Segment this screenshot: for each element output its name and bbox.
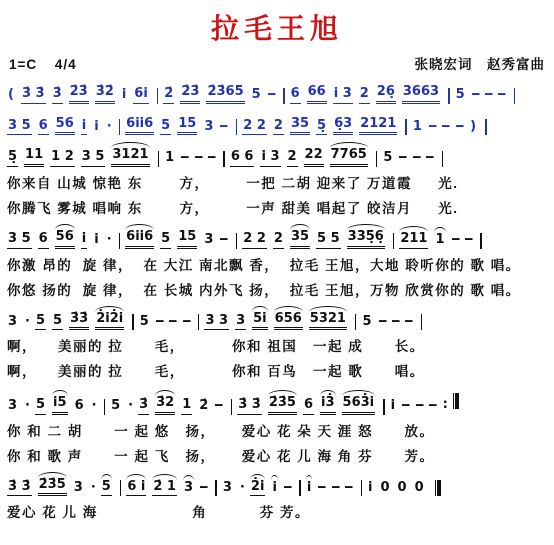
barline [405, 119, 407, 135]
note-group: 35 [290, 117, 310, 136]
note-group: 1 [164, 151, 175, 167]
credits: 张晓宏词 赵秀富曲 [415, 53, 546, 73]
music-system-coda-line: 3̇ 3̇2̇3̇53·56 i2̇ 13-3·2̇ii-i---i000爱心 … [7, 478, 547, 522]
note-group: 2̇3̇5 [268, 396, 297, 415]
augmentation-dot: · [106, 120, 113, 136]
lyric-line: 你腾飞 雾城 唱响 东 方， 一声 甜美 唱起了 皎洁月 光. [7, 197, 547, 217]
note-group: 1 2 [50, 150, 75, 167]
parenthesis: ( [7, 88, 15, 104]
note-group: 35 [290, 230, 310, 249]
notation-row: 3 5656ii·6ii65153-2 22355 5335̣6̣2111-- [7, 230, 547, 249]
key-time-signature: 1=C 4/4 [9, 57, 77, 72]
duration-dash: - [439, 120, 453, 136]
note-group: 3 3 [204, 314, 229, 331]
note-group: 563̇i [342, 396, 376, 415]
notation-row: 3̇ 3̇2̇3̇53·56 i2̇ 13-3·2̇ii-i---i000 [7, 478, 547, 497]
note-group: 0 [397, 481, 408, 497]
note-group: 6 [290, 87, 301, 104]
note-group: 5 [455, 88, 466, 104]
duration-dash: - [179, 315, 193, 331]
notation-row: 3 5656ii·6ii65153-2 22355̣6̣321211---) [7, 117, 547, 136]
note-group: 3̇ [138, 398, 149, 415]
duration-dash: - [375, 315, 389, 331]
duration-dash: - [205, 151, 219, 167]
barline [355, 314, 357, 330]
duration-dash: - [409, 151, 423, 167]
note-group: i [81, 119, 87, 136]
barline [119, 119, 121, 135]
barline [157, 88, 159, 104]
note-group: 5 [139, 315, 150, 331]
duration-dash: - [212, 399, 226, 415]
duration-dash: - [315, 481, 329, 497]
note-group: 6ii6 [125, 230, 154, 249]
augmentation-dot: · [106, 233, 113, 249]
music-system-chorus-line-1: 3·553̇3̇2̇i2̇i5---3 335i65653215---啊， 美丽… [7, 312, 547, 381]
sheet-music-page: 拉毛王旭 1=C 4/4 张晓宏词 赵秀富曲 (3̇ 3̇3̇2̇3̇3̇2̇i… [0, 0, 554, 545]
barline [223, 151, 225, 167]
augmentation-dot: · [127, 399, 134, 415]
note-group: 2 [273, 119, 284, 136]
note-group: 26̣ [376, 85, 396, 104]
note-group: 5 [110, 399, 121, 415]
duration-dash: - [396, 151, 410, 167]
lyric-line: 啊， 美丽的 拉 毛， 你和 百鸟 一起 歌 唱。 [7, 360, 547, 380]
barline [236, 119, 238, 135]
note-group: 22 [304, 148, 324, 167]
note-group: 656 [274, 312, 303, 331]
note-group: 2̇i [250, 480, 266, 497]
music-system-verse-line-2: 3 5656ii·6ii65153-2 22355 5335̣6̣2111--你… [7, 230, 547, 299]
notation-row: (3̇ 3̇3̇2̇3̇3̇2̇i6i2̇2̇3̇2̇3̇655-666i 32… [7, 85, 547, 104]
note-group: 5 5 [316, 232, 341, 249]
duration-dash: - [399, 399, 413, 415]
note-group: 2̇i2̇i [95, 312, 124, 331]
note-group: 2̇3̇ [180, 85, 200, 104]
note-group: 2̇ [163, 87, 174, 104]
note-group: i [93, 233, 99, 249]
song-title: 拉毛王旭 [7, 7, 547, 47]
note-group: 5321 [309, 312, 347, 331]
duration-dash: - [462, 233, 476, 249]
barline [383, 399, 385, 415]
note-group: 3 [7, 399, 18, 415]
note-group: 5 [52, 314, 63, 331]
note-group: 3 5 [7, 232, 32, 249]
barline [158, 151, 160, 167]
music-system-verse-line-1: 5̣111 23 531211---6 6i 322277655---你来自 山… [7, 148, 547, 217]
note-group: 6 [303, 398, 314, 415]
augmentation-dot: · [90, 481, 97, 497]
duration-dash: - [217, 120, 231, 136]
barline [198, 314, 200, 330]
final-barline [435, 480, 441, 496]
note-group: i 3 [260, 150, 280, 167]
score-body: (3̇ 3̇3̇2̇3̇3̇2̇i6i2̇2̇3̇2̇3̇655-666i 32… [7, 85, 547, 521]
duration-dash: - [191, 151, 205, 167]
note-group: 3̇3̇ [69, 312, 89, 331]
note-group: 3̇ [52, 87, 63, 104]
barline [421, 314, 423, 330]
note-group: i [306, 481, 312, 497]
note-group: 5 [35, 314, 46, 331]
duration-dash: - [281, 481, 295, 497]
augmentation-dot: · [24, 315, 31, 331]
note-group: 3 [222, 481, 233, 497]
barline [120, 480, 122, 496]
duration-dash: - [426, 120, 440, 136]
note-group: 2 [287, 150, 298, 167]
lyric-line: 爱心 花 儿 海 角 芬 芳。 [7, 501, 547, 521]
note-group: 5 [251, 88, 262, 104]
repeat-end-barline: ∶ [442, 393, 460, 415]
note-group: 3 [183, 481, 194, 497]
augmentation-dot: · [239, 481, 246, 497]
lyric-line: 你 和 歌 声 一 起 飞 扬， 爱心 花 儿 海 角 芬 芳。 [7, 445, 547, 465]
final-barline [453, 393, 459, 409]
notation-row: 3·553̇3̇2̇i2̇i5---3 335i65653215--- [7, 312, 547, 331]
note-group: 11 [24, 148, 44, 167]
note-group: 5 [382, 151, 393, 167]
note-group: 3̇ 3̇ [237, 398, 262, 415]
note-group: 0 [414, 481, 425, 497]
music-system-intro-line-2: 3 5656ii·6ii65153-2 22355̣6̣321211---) [7, 117, 547, 136]
note-group: i [367, 481, 373, 497]
key-signature: 1=C [9, 57, 37, 72]
note-group: i 3 [333, 87, 353, 104]
lyric-line: 你来自 山城 惊艳 东 方， 一把 二胡 迎来了 万道霞 光. [7, 172, 547, 192]
barline [231, 399, 233, 415]
note-group: 5 [101, 480, 112, 497]
barline [514, 88, 516, 104]
duration-dash: - [423, 151, 437, 167]
note-group: i [121, 88, 127, 104]
note-group: 5 [160, 119, 171, 136]
barline [119, 233, 121, 249]
note-group: 3̇ 3̇ [21, 87, 46, 104]
note-group: 2̇3̇5 [38, 478, 67, 497]
note-group: i [271, 481, 277, 497]
duration-dash: - [217, 233, 231, 249]
duration-dash: - [468, 88, 482, 104]
note-group: 15 [177, 117, 197, 136]
note-group: 6 [38, 232, 49, 249]
note-group: 2 [273, 232, 284, 249]
duration-dash: - [152, 315, 166, 331]
barline [215, 480, 217, 496]
music-system-chorus-line-2: 3·5i56·5·3̇3̇212̇-3̇ 3̇2̇3̇56i3̇563̇ii--… [7, 393, 547, 465]
note-group: 6 [74, 399, 85, 415]
repeat-dots: ∶ [443, 398, 447, 413]
note-group: 7765 [330, 148, 368, 167]
duration-dash: - [412, 399, 426, 415]
note-group: 2121 [359, 117, 397, 136]
note-group: 3663 [402, 85, 440, 104]
barline [376, 151, 378, 167]
note-group: 2 2 [242, 119, 267, 136]
barline [299, 480, 301, 496]
note-group: 2̇3̇65 [206, 85, 244, 104]
time-signature: 4/4 [55, 57, 77, 72]
note-group: 5 [361, 315, 372, 331]
note-group: 2 [359, 87, 370, 104]
lyric-line: 你 和 二 胡 一 起 悠 扬， 爱心 花 朵 天 涯 怒 放。 [7, 420, 547, 440]
note-group: 5 [35, 398, 46, 415]
duration-dash: - [197, 481, 211, 497]
meta-row: 1=C 4/4 张晓宏词 赵秀富曲 [9, 53, 545, 73]
note-group: 3 [235, 314, 246, 331]
note-group: 6̣3 [333, 117, 353, 136]
duration-dash: - [178, 151, 192, 167]
note-group: 211 [399, 232, 428, 249]
note-group: 6 [38, 119, 49, 136]
note-group: 5̣ [7, 150, 18, 167]
parenthesis: ) [469, 120, 477, 136]
note-group: 6ii6 [125, 117, 154, 136]
duration-dash: - [342, 481, 356, 497]
note-group: 6i [133, 87, 149, 104]
barline [283, 88, 285, 104]
note-group: 2̇3̇ [69, 85, 89, 104]
duration-dash: - [452, 120, 466, 136]
note-group: i [81, 232, 87, 249]
note-group: 3 [73, 481, 84, 497]
barline [448, 88, 450, 104]
note-group: 2̇ 1 [152, 480, 177, 497]
barline [393, 233, 395, 249]
note-group: 3̇2̇ [95, 85, 115, 104]
duration-dash: - [264, 88, 278, 104]
duration-dash: - [482, 88, 496, 104]
lyric-line: 你激 昂的 旋 律， 在 大江 南北飘 香， 拉毛 王旭，大地 聆听你的 歌 唱… [7, 254, 547, 274]
note-group: 15 [177, 230, 197, 249]
note-group: 335̣6̣ [347, 230, 385, 249]
duration-dash: - [328, 481, 342, 497]
note-group: 1 [181, 398, 192, 415]
note-group: 3 [203, 233, 214, 249]
note-group: i [390, 399, 396, 415]
note-group: 5i [252, 312, 268, 331]
note-group: 3 5 [81, 150, 106, 167]
duration-dash: - [166, 315, 180, 331]
duration-dash: - [495, 88, 509, 104]
note-group: 2 2 [242, 232, 267, 249]
barline [480, 233, 482, 249]
duration-dash: - [448, 233, 462, 249]
note-group: 56 [55, 230, 75, 249]
note-group: i5 [52, 396, 68, 415]
note-group: 5̣ [316, 119, 327, 136]
note-group: 3121 [111, 148, 149, 167]
note-group: 5 [160, 232, 171, 249]
barline [104, 399, 106, 415]
note-group: 66 [307, 85, 327, 104]
note-group: i [93, 120, 99, 136]
augmentation-dot: · [24, 399, 31, 415]
note-group: 56 [55, 117, 75, 136]
note-group: 2̇ [198, 399, 209, 415]
note-group: i3̇ [320, 396, 336, 415]
duration-dash: - [426, 399, 440, 415]
duration-dash: - [389, 315, 403, 331]
note-group: 3 [7, 315, 18, 331]
note-group: 0 [379, 481, 390, 497]
note-group: 3 5 [7, 119, 32, 136]
notation-row: 5̣111 23 531211---6 6i 322277655--- [7, 148, 547, 167]
music-system-intro-line-1: (3̇ 3̇3̇2̇3̇3̇2̇i6i2̇2̇3̇2̇3̇655-666i 32… [7, 85, 547, 104]
notation-row: 3·5i56·5·3̇3̇212̇-3̇ 3̇2̇3̇56i3̇563̇ii--… [7, 393, 547, 415]
note-group: 6 6 [230, 150, 255, 167]
note-group: 1 [434, 233, 445, 249]
lyric-line: 啊， 美丽的 拉 毛， 你和 祖国 一起 成 长。 [7, 335, 547, 355]
note-group: 1 [412, 120, 423, 136]
augmentation-dot: · [91, 399, 98, 415]
note-group: 3̇ 3̇ [7, 480, 32, 497]
note-group: 3̇2 [155, 396, 175, 415]
barline [132, 314, 134, 330]
barline [485, 119, 487, 135]
note-group: 6 i [126, 480, 146, 497]
lyric-line: 你悠 扬的 旋 律， 在 长城 内外飞 扬， 拉毛 王旭，万物 欣赏你的 歌 唱… [7, 279, 547, 299]
barline [442, 151, 444, 167]
duration-dash: - [402, 315, 416, 331]
note-group: 3 [203, 120, 214, 136]
barline [236, 233, 238, 249]
barline [361, 480, 363, 496]
